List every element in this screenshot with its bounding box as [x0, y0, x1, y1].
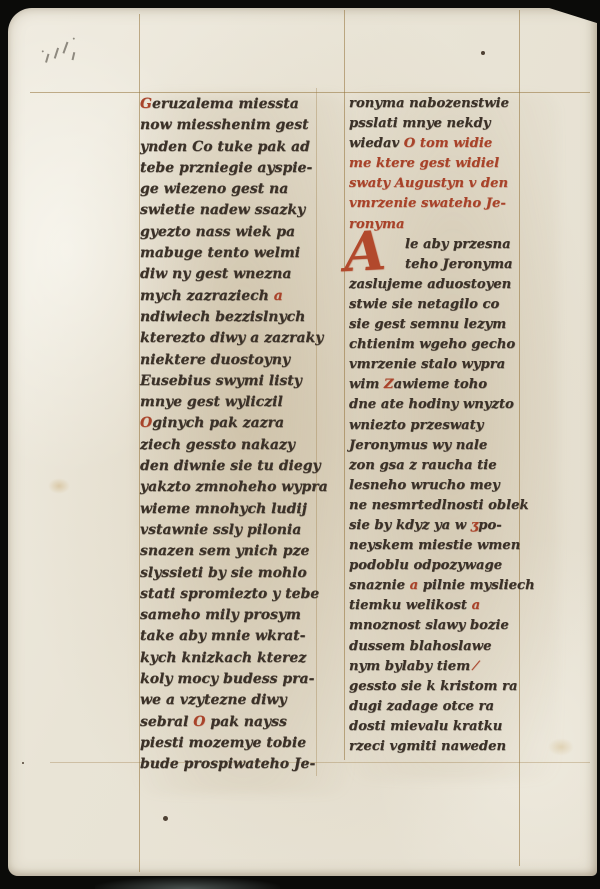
- text-line: stati spromiezto y tebe: [140, 584, 342, 605]
- text-line: ynden Co tuke pak ad: [140, 137, 342, 158]
- ink-text-segment: take aby mnie wkrat-: [140, 628, 305, 644]
- rubric-text-segment: ⁄: [475, 659, 477, 674]
- text-line: nym bylaby tiem ⁄: [349, 657, 551, 677]
- text-line: piesti mozemye tobie: [140, 733, 342, 754]
- ink-text-segment: pilnie mysliech: [418, 578, 534, 593]
- ink-text-segment: stati spromiezto y tebe: [140, 586, 319, 602]
- text-line: vmrzenie stalo wypra: [349, 355, 551, 375]
- text-line: den diwnie sie tu diegy: [140, 456, 342, 477]
- ink-text-segment: psslati mnye nekdy: [349, 116, 491, 131]
- text-line: dosti mievalu kratku: [349, 717, 551, 737]
- ink-text-segment: tebe przniegie ayspie-: [140, 160, 312, 176]
- ink-text-segment: Jeronymus wy nale: [349, 438, 487, 453]
- text-line: Geruzalema miessta: [140, 94, 342, 115]
- ink-text-segment: mnoznost slawy bozie: [349, 618, 509, 633]
- text-line: wiedav O tom widie: [349, 134, 551, 154]
- ink-text-segment: wiedav: [349, 136, 404, 151]
- rubric-text-segment: a: [274, 288, 283, 304]
- text-line: ne nesmrtedlnosti oblek: [349, 496, 551, 516]
- text-line: tiemku welikost a: [349, 596, 551, 616]
- ink-text-segment: mych zazraziech: [140, 288, 274, 304]
- text-line: gessto sie k kristom ra: [349, 677, 551, 697]
- ink-text-segment: vstawnie ssly pilonia: [140, 522, 301, 538]
- ink-text-segment: nym bylaby tiem: [349, 659, 475, 674]
- ink-text-segment: mnye gest wyliczil: [140, 394, 283, 410]
- ink-text-segment: koly mocy budess pra-: [140, 671, 314, 687]
- manuscript-photo: Geruzalema miesstanow miesshenim gestynd…: [0, 0, 600, 889]
- ink-text-segment: wieme mnohych ludij: [140, 501, 307, 517]
- text-line: swaty Augustyn v den: [349, 174, 551, 194]
- ink-text-segment: ziech gessto nakazy: [140, 437, 295, 453]
- text-line: dussem blahoslawe: [349, 637, 551, 657]
- text-line: snaznie a pilnie mysliech: [349, 576, 551, 596]
- ink-text-segment: dne ate hodiny wnyzto: [349, 397, 514, 412]
- ink-text-segment: dosti mievalu kratku: [349, 719, 502, 734]
- ink-text-segment: rzeci vgmiti naweden: [349, 739, 506, 754]
- ink-text-segment: lesneho wrucho mey: [349, 478, 500, 493]
- rubric-text-segment: Z: [384, 377, 394, 392]
- text-line: tebe przniegie ayspie-: [140, 158, 342, 179]
- text-line: sebral O pak nayss: [140, 712, 342, 733]
- ink-text-segment: ge wiezeno gest na: [140, 181, 288, 197]
- rubric-text-segment: G: [140, 96, 152, 112]
- ink-text-segment: gessto sie k kristom ra: [349, 679, 518, 694]
- ink-text-segment: wniezto przeswaty: [349, 418, 483, 433]
- text-line: bude prospiwateho Je-: [140, 754, 342, 775]
- text-line: vmrzenie swateho Je-: [349, 194, 551, 214]
- ink-text-segment: sie by kdyz ya w: [349, 518, 471, 533]
- ink-text-segment: vmrzenie stalo wypra: [349, 357, 505, 372]
- text-line: wim Zawieme toho: [349, 375, 551, 395]
- text-line: snazen sem ynich pze: [140, 541, 342, 562]
- rubric-text-segment: O tom widie: [404, 136, 493, 151]
- rubric-text-segment: vmrzenie swateho Je-: [349, 196, 506, 211]
- ink-text-segment: kych knizkach kterez: [140, 650, 306, 666]
- text-line: mnye gest wyliczil: [140, 392, 342, 413]
- ink-text-segment: den diwnie sie tu diegy: [140, 458, 321, 474]
- text-column-left: Geruzalema miesstanow miesshenim gestynd…: [140, 94, 342, 776]
- rubric-text-segment: a: [410, 578, 419, 593]
- text-line: me ktere gest widiel: [349, 154, 551, 174]
- ink-text-segment: po-: [478, 518, 502, 533]
- text-line: dne ate hodiny wnyzto: [349, 395, 551, 415]
- text-line: Eusebius swymi listy: [140, 371, 342, 392]
- ink-text-segment: dussem blahoslawe: [349, 639, 491, 654]
- rubric-text-segment: O: [193, 714, 205, 730]
- text-line: ge wiezeno gest na: [140, 179, 342, 200]
- ink-text-segment: wim: [349, 377, 384, 392]
- ink-text-segment: dugi zadage otce ra: [349, 699, 494, 714]
- text-line: neyskem miestie wmen: [349, 536, 551, 556]
- text-line: kterezto diwy a zazraky: [140, 328, 342, 349]
- ink-text-segment: zon gsa z raucha tie: [349, 458, 497, 473]
- text-line: Oginych pak zazra: [140, 413, 342, 434]
- text-line: dugi zadage otce ra: [349, 697, 551, 717]
- text-line: slyssieti by sie mohlo: [140, 563, 342, 584]
- ink-text-segment: mabuge tento welmi: [140, 245, 300, 261]
- text-line: sie by kdyz ya w ʒpo-: [349, 516, 551, 536]
- text-line: koly mocy budess pra-: [140, 669, 342, 690]
- ink-text-segment: teho Jeronyma: [405, 257, 513, 272]
- text-line: we a vzytezne diwy: [140, 690, 342, 711]
- ink-text-segment: piesti mozemye tobie: [140, 735, 306, 751]
- rubric-text-segment: a: [472, 598, 481, 613]
- text-line: stwie sie netagilo co: [349, 295, 551, 315]
- text-line: ziech gessto nakazy: [140, 435, 342, 456]
- text-line: yakzto zmnoheho wypra: [140, 477, 342, 498]
- text-line: mnoznost slawy bozie: [349, 616, 551, 636]
- ink-text-segment: sebral: [140, 714, 193, 730]
- small-speck: [22, 762, 24, 764]
- ink-text-segment: ndiwiech bezzislnych: [140, 309, 305, 325]
- ink-text-segment: stwie sie netagilo co: [349, 297, 499, 312]
- ink-text-segment: niektere duostoyny: [140, 352, 290, 368]
- ink-text-segment: ne nesmrtedlnosti oblek: [349, 498, 529, 513]
- text-column-right: ronyma nabozenstwiepsslati mnye nekdywie…: [349, 94, 551, 757]
- ink-text-segment: sameho mily prosym: [140, 607, 301, 623]
- text-line: vstawnie ssly pilonia: [140, 520, 342, 541]
- text-line: mych zazraziech a: [140, 286, 342, 307]
- ink-text-segment: Eusebius swymi listy: [140, 373, 302, 389]
- ink-text-segment: sie gest semnu lezym: [349, 317, 506, 332]
- ink-text-segment: snazen sem ynich pze: [140, 543, 309, 559]
- text-line: podoblu odpozywage: [349, 556, 551, 576]
- ink-text-segment: ronyma nabozenstwie: [349, 96, 509, 111]
- text-line: diw ny gest wnezna: [140, 264, 342, 285]
- text-line: ndiwiech bezzislnych: [140, 307, 342, 328]
- rubric-text-segment: swaty Augustyn v den: [349, 176, 508, 191]
- text-line: niektere duostoyny: [140, 350, 342, 371]
- ink-text-segment: diw ny gest wnezna: [140, 266, 291, 282]
- bottom-edge-shadow: [95, 877, 280, 889]
- text-line: now miesshenim gest: [140, 115, 342, 136]
- text-line: psslati mnye nekdy: [349, 114, 551, 134]
- rubricated-initial-A: A: [343, 223, 388, 279]
- rubric-text-segment: O: [140, 415, 152, 431]
- ink-text-segment: neyskem miestie wmen: [349, 538, 520, 553]
- text-line: zon gsa z raucha tie: [349, 456, 551, 476]
- text-line: chtienim wgeho gecho: [349, 335, 551, 355]
- text-line: lesneho wrucho mey: [349, 476, 551, 496]
- text-line: kych knizkach kterez: [140, 648, 342, 669]
- ink-text-segment: podoblu odpozywage: [349, 558, 502, 573]
- text-line: take aby mnie wkrat-: [140, 626, 342, 647]
- text-line: ronyma nabozenstwie: [349, 94, 551, 114]
- ink-text-segment: yakzto zmnoheho wypra: [140, 479, 328, 495]
- ink-text-segment: eruzalema miessta: [152, 96, 299, 112]
- ink-text-segment: pak nayss: [205, 714, 286, 730]
- ink-text-segment: swietie nadew ssazky: [140, 202, 305, 218]
- ink-text-segment: slyssieti by sie mohlo: [140, 565, 307, 581]
- ink-text-segment: gyezto nass wiek pa: [140, 224, 295, 240]
- ink-text-segment: le aby przesna: [405, 237, 511, 252]
- text-line: rzeci vgmiti naweden: [349, 737, 551, 757]
- text-line: swietie nadew ssazky: [140, 200, 342, 221]
- text-line: sie gest semnu lezym: [349, 315, 551, 335]
- text-line: wieme mnohych ludij: [140, 499, 342, 520]
- ink-text-segment: awieme toho: [394, 377, 488, 392]
- text-line: Jeronymus wy nale: [349, 436, 551, 456]
- ink-text-segment: ynden Co tuke pak ad: [140, 139, 310, 155]
- ink-text-segment: snaznie: [349, 578, 410, 593]
- ink-text-segment: ginych pak zazra: [152, 415, 284, 431]
- ink-speck: [481, 51, 485, 55]
- text-line: wniezto przeswaty: [349, 416, 551, 436]
- ink-text-segment: we a vzytezne diwy: [140, 692, 287, 708]
- ink-text-segment: tiemku welikost: [349, 598, 472, 613]
- rubric-text-segment: me ktere gest widiel: [349, 156, 499, 171]
- text-line: gyezto nass wiek pa: [140, 222, 342, 243]
- ink-text-segment: bude prospiwateho Je-: [140, 756, 315, 772]
- text-line: sameho mily prosym: [140, 605, 342, 626]
- ink-text-segment: now miesshenim gest: [140, 117, 309, 133]
- ink-text-segment: kterezto diwy a zazraky: [140, 330, 323, 346]
- text-line: mabuge tento welmi: [140, 243, 342, 264]
- ink-text-segment: chtienim wgeho gecho: [349, 337, 515, 352]
- wormhole: [163, 816, 168, 821]
